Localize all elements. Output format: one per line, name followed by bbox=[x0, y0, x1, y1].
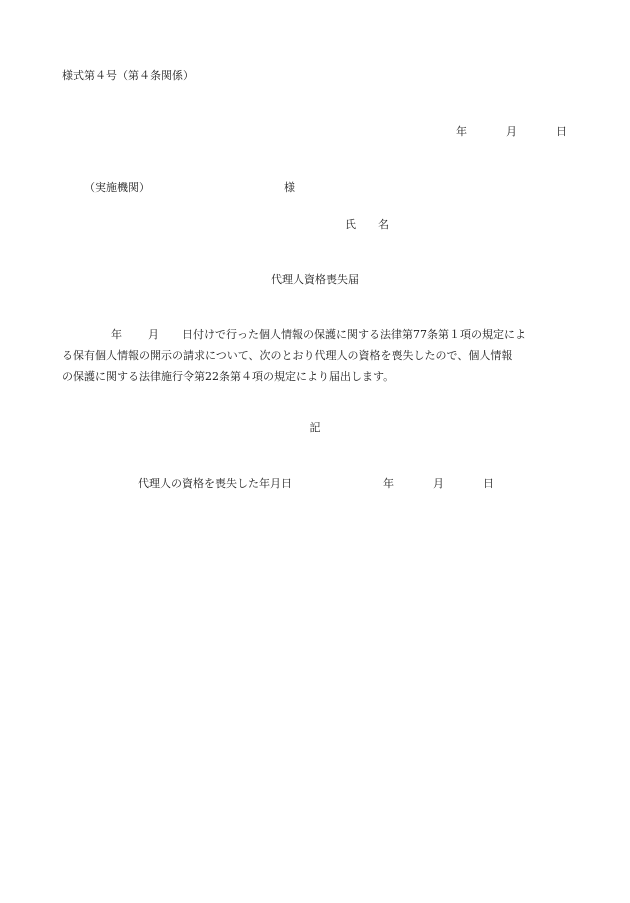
date-day-label: 日 bbox=[556, 123, 567, 139]
name-label-second: 名 bbox=[378, 218, 389, 231]
addressee-label: （実施機関） bbox=[84, 179, 150, 195]
loss-date-day: 日 bbox=[483, 475, 494, 491]
body-line-2: る保有個人情報の開示の請求について、次のとおり代理人の資格を喪失したので、個人情… bbox=[62, 345, 578, 366]
body-line-1-text: 日付けで行った個人情報の保護に関する法律第77条第１項の規定によ bbox=[182, 328, 526, 341]
submission-date: 年 月 日 bbox=[456, 123, 576, 139]
body-year: 年 bbox=[111, 328, 122, 341]
body-line-1: 年月日付けで行った個人情報の保護に関する法律第77条第１項の規定によ bbox=[62, 324, 578, 345]
form-number: 様式第４号（第４条関係） bbox=[62, 67, 194, 83]
body-line-3: の保護に関する法律施行令第22条第４項の規定により届出します。 bbox=[62, 366, 578, 387]
name-label-first: 氏 bbox=[345, 218, 356, 231]
loss-date-item: 代理人の資格を喪失した年月日 年 月 日 bbox=[138, 475, 498, 491]
applicant-name-field: 氏名 bbox=[345, 216, 389, 232]
body-month: 月 bbox=[148, 328, 159, 341]
date-year-label: 年 bbox=[456, 123, 467, 139]
date-month-label: 月 bbox=[506, 123, 517, 139]
addressee-honorific: 様 bbox=[284, 179, 295, 195]
ki-heading: 記 bbox=[0, 419, 630, 435]
loss-date-year: 年 bbox=[383, 475, 394, 491]
body-paragraph: 年月日付けで行った個人情報の保護に関する法律第77条第１項の規定によ る保有個人… bbox=[62, 324, 578, 387]
loss-date-label: 代理人の資格を喪失した年月日 bbox=[138, 475, 292, 491]
loss-date-month: 月 bbox=[433, 475, 444, 491]
document-title: 代理人資格喪失届 bbox=[0, 271, 630, 287]
